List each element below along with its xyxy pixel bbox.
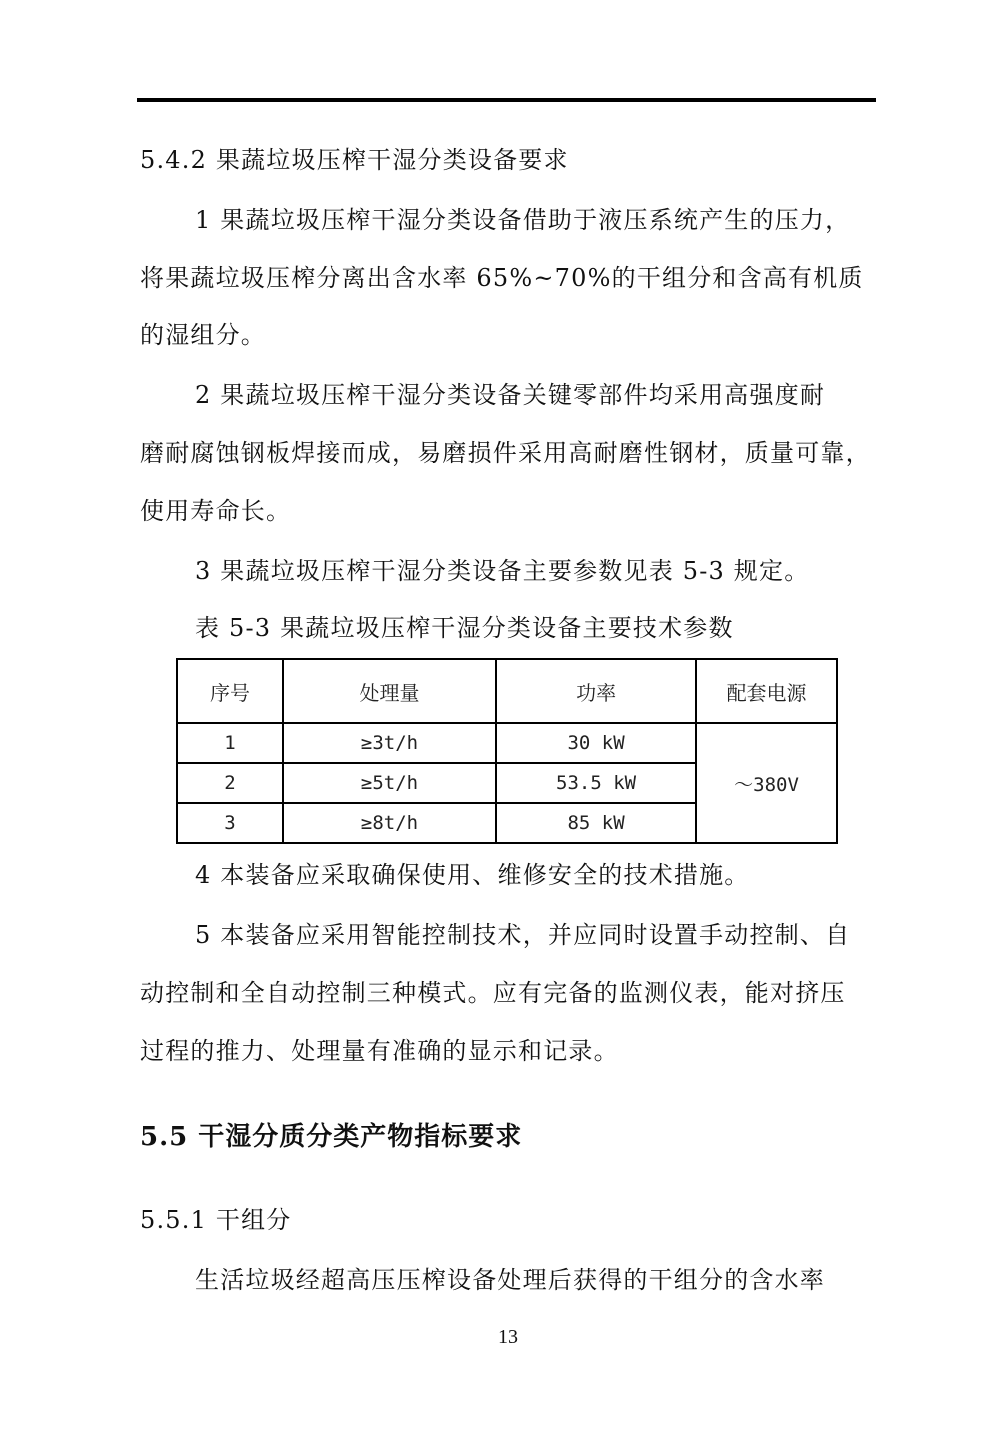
- paragraph-3: 3 果蔬垃圾压榨干湿分类设备主要参数见表 5-3 规定。: [195, 556, 809, 586]
- section-heading-5-4-2: 5.4.2 果蔬垃圾压榨干湿分类设备要求: [140, 145, 569, 175]
- cell-no: 3: [177, 803, 283, 843]
- paragraph-1-line-3: 的湿组分。: [140, 320, 266, 350]
- cell-capacity: ≥3t/h: [283, 723, 496, 763]
- paragraph-1-line-2: 将果蔬垃圾压榨分离出含水率 65%~70%的干组分和含高有机质: [140, 263, 864, 293]
- header-power-supply: 配套电源: [696, 659, 837, 723]
- paragraph-5-line-3: 过程的推力、处理量有准确的显示和记录。: [140, 1036, 619, 1066]
- header-capacity: 处理量: [283, 659, 496, 723]
- paragraph-5-line-1: 5 本装备应采用智能控制技术，并应同时设置手动控制、自: [195, 920, 850, 950]
- table-row: 1 ≥3t/h 30 kW ～380V: [177, 723, 837, 763]
- header-power: 功率: [496, 659, 696, 723]
- cell-power: 30 kW: [496, 723, 696, 763]
- cell-no: 1: [177, 723, 283, 763]
- paragraph-6: 生活垃圾经超高压压榨设备处理后获得的干组分的含水率: [195, 1265, 825, 1295]
- page-number: 13: [0, 1326, 1000, 1349]
- table-header-row: 序号 处理量 功率 配套电源: [177, 659, 837, 723]
- cell-power-supply: ～380V: [696, 723, 837, 843]
- table-caption: 表 5-3 果蔬垃圾压榨干湿分类设备主要技术参数: [195, 613, 734, 643]
- cell-capacity: ≥8t/h: [283, 803, 496, 843]
- section-heading-5-5-1: 5.5.1 干组分: [140, 1205, 292, 1235]
- cell-capacity: ≥5t/h: [283, 763, 496, 803]
- paragraph-4: 4 本装备应采取确保使用、维修安全的技术措施。: [195, 860, 750, 890]
- header-rule: [137, 98, 876, 102]
- paragraph-1-line-1: 1 果蔬垃圾压榨干湿分类设备借助于液压系统产生的压力，: [195, 205, 850, 235]
- cell-no: 2: [177, 763, 283, 803]
- section-heading-5-5: 5.5 干湿分质分类产物指标要求: [140, 1122, 522, 1152]
- cell-power: 85 kW: [496, 803, 696, 843]
- cell-power: 53.5 kW: [496, 763, 696, 803]
- technical-parameters-table: 序号 处理量 功率 配套电源 1 ≥3t/h 30 kW ～380V 2 ≥5t…: [176, 658, 838, 844]
- paragraph-5-line-2: 动控制和全自动控制三种模式。应有完备的监测仪表，能对挤压: [140, 978, 846, 1008]
- paragraph-2-line-2: 磨耐腐蚀钢板焊接而成，易磨损件采用高耐磨性钢材，质量可靠，: [140, 438, 871, 468]
- paragraph-2-line-1: 2 果蔬垃圾压榨干湿分类设备关键零部件均采用高强度耐: [195, 380, 825, 410]
- header-no: 序号: [177, 659, 283, 723]
- paragraph-2-line-3: 使用寿命长。: [140, 496, 291, 526]
